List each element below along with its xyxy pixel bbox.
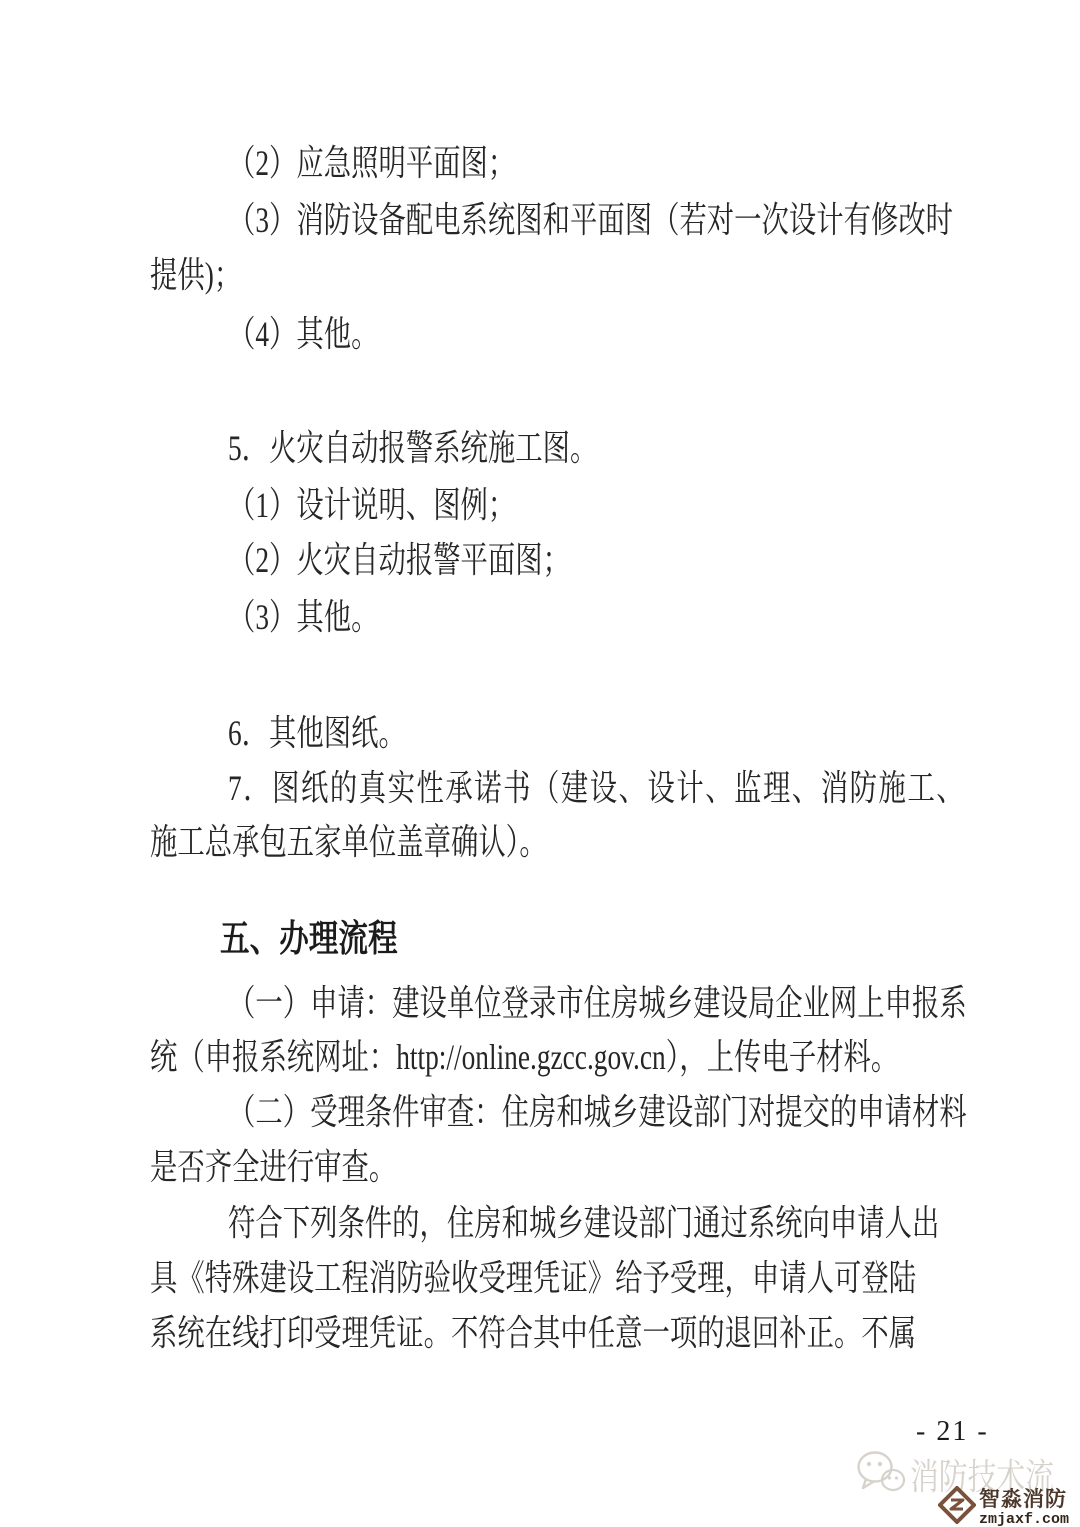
doc-line: （3）消防设备配电系统图和平面图（若对一次设计有修改时	[228, 200, 953, 241]
zmjaxf-diamond-icon	[938, 1486, 976, 1527]
zmjaxf-logo-domain: zmjaxf.com	[979, 1512, 1069, 1527]
doc-line: （3）其他。	[228, 597, 378, 638]
doc-line: 具《特殊建设工程消防验收受理凭证》给予受理，申请人可登陆	[150, 1258, 916, 1299]
page-number: - 21 -	[916, 1416, 989, 1448]
doc-line: （2）火灾自动报警平面图；	[228, 540, 570, 581]
doc-line: （4）其他。	[228, 314, 378, 355]
zmjaxf-logo-title: 智淼消防	[979, 1489, 1069, 1510]
document-page: （2）应急照明平面图； （3）消防设备配电系统图和平面图（若对一次设计有修改时 …	[0, 0, 1080, 1527]
doc-line: （1）设计说明、图例；	[228, 485, 515, 526]
section-heading: 五、办理流程	[220, 918, 398, 961]
zmjaxf-logo: 智淼消防 zmjaxf.com	[938, 1486, 1069, 1527]
doc-line: 统（申报系统网址：http://online.gzcc.gov.cn），上传电子…	[150, 1037, 898, 1078]
doc-line: 5．火灾自动报警系统施工图。	[228, 428, 597, 469]
doc-line: （2）应急照明平面图；	[228, 143, 515, 184]
doc-line: （一）申请：建设单位登录市住房城乡建设局企业网上申报系	[228, 983, 967, 1024]
doc-line: 6．其他图纸。	[228, 713, 406, 754]
doc-line: 符合下列条件的，住房和城乡建设部门通过系统向申请人出	[228, 1203, 939, 1244]
doc-line: 系统在线打印受理凭证。不符合其中任意一项的退回补正。不属	[150, 1313, 916, 1354]
doc-line: （二）受理条件审查：住房和城乡建设部门对提交的申请材料	[228, 1092, 967, 1133]
doc-line: 7．图纸的真实性承诺书（建设、设计、监理、消防施工、	[228, 768, 965, 809]
doc-line: 是否齐全进行审查。	[150, 1147, 396, 1188]
doc-line: 施工总承包五家单位盖章确认）。	[150, 822, 547, 863]
doc-line: 提供)；	[150, 255, 241, 296]
wechat-icon	[854, 1448, 906, 1501]
